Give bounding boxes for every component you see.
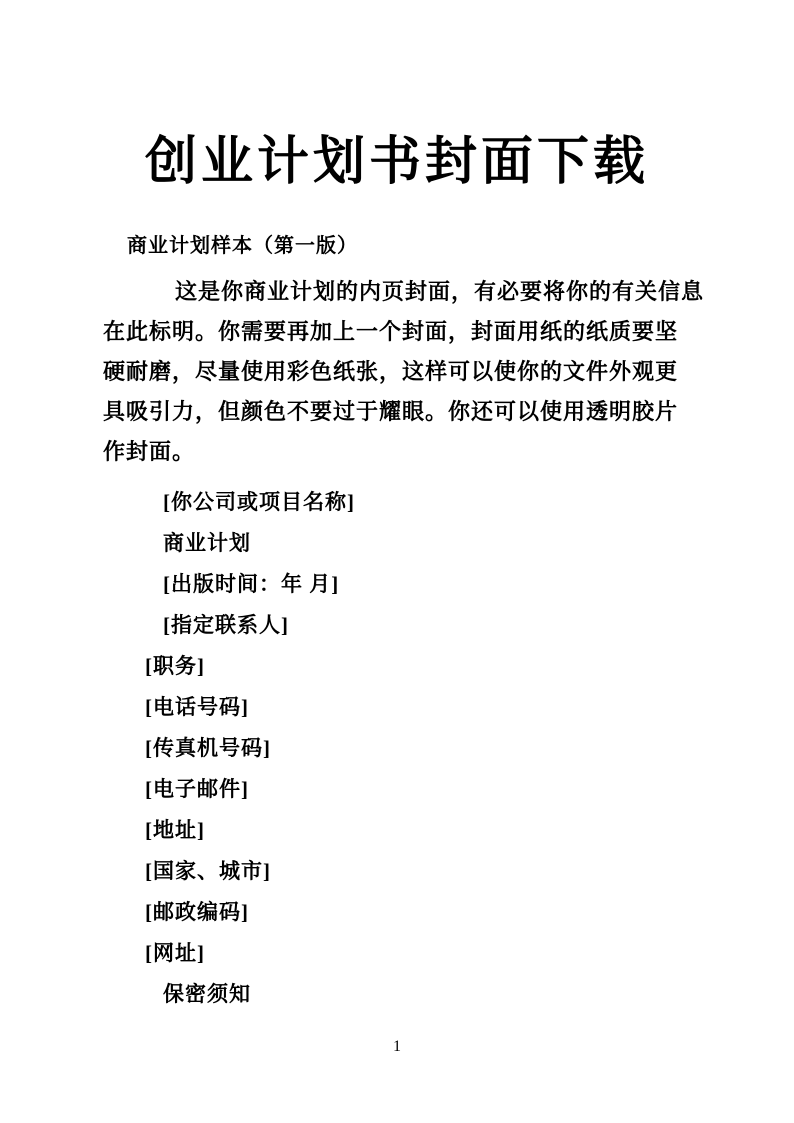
- field-contact-person: [指定联系人]: [103, 605, 685, 646]
- field-business-plan: 商业计划: [103, 523, 685, 564]
- field-website: [网址]: [103, 933, 685, 974]
- document-page: 创业计划书封面下载 商业计划样本（第一版） 这是你商业计划的内页封面，有必要将你…: [0, 0, 794, 1123]
- field-email: [电子邮件]: [103, 769, 685, 810]
- paragraph-line: 硬耐磨，尽量使用彩色纸张，这样可以使你的文件外观更: [103, 352, 685, 392]
- cover-field-list: [你公司或项目名称] 商业计划 [出版时间：年 月] [指定联系人] [职务] …: [103, 482, 685, 1015]
- page-number: 1: [0, 1038, 794, 1056]
- intro-paragraph: 这是你商业计划的内页封面，有必要将你的有关信息 在此标明。你需要再加上一个封面，…: [103, 272, 685, 472]
- paragraph-line: 作封面。: [103, 432, 685, 472]
- field-address: [地址]: [103, 810, 685, 851]
- field-country-city: [国家、城市]: [103, 851, 685, 892]
- paragraph-line: 在此标明。你需要再加上一个封面，封面用纸的纸质要坚: [103, 312, 685, 352]
- field-phone-number: [电话号码]: [103, 687, 685, 728]
- field-company-name: [你公司或项目名称]: [103, 482, 685, 523]
- field-fax-number: [传真机号码]: [103, 728, 685, 769]
- document-title: 创业计划书封面下载: [0, 132, 794, 194]
- field-publish-date: [出版时间：年 月]: [103, 564, 685, 605]
- document-subtitle: 商业计划样本（第一版）: [127, 229, 358, 258]
- field-job-title: [职务]: [103, 646, 685, 687]
- paragraph-line: 这是你商业计划的内页封面，有必要将你的有关信息: [103, 272, 685, 312]
- paragraph-line: 具吸引力，但颜色不要过于耀眼。你还可以使用透明胶片: [103, 392, 685, 432]
- field-postal-code: [邮政编码]: [103, 892, 685, 933]
- field-confidentiality-notice: 保密须知: [103, 974, 685, 1015]
